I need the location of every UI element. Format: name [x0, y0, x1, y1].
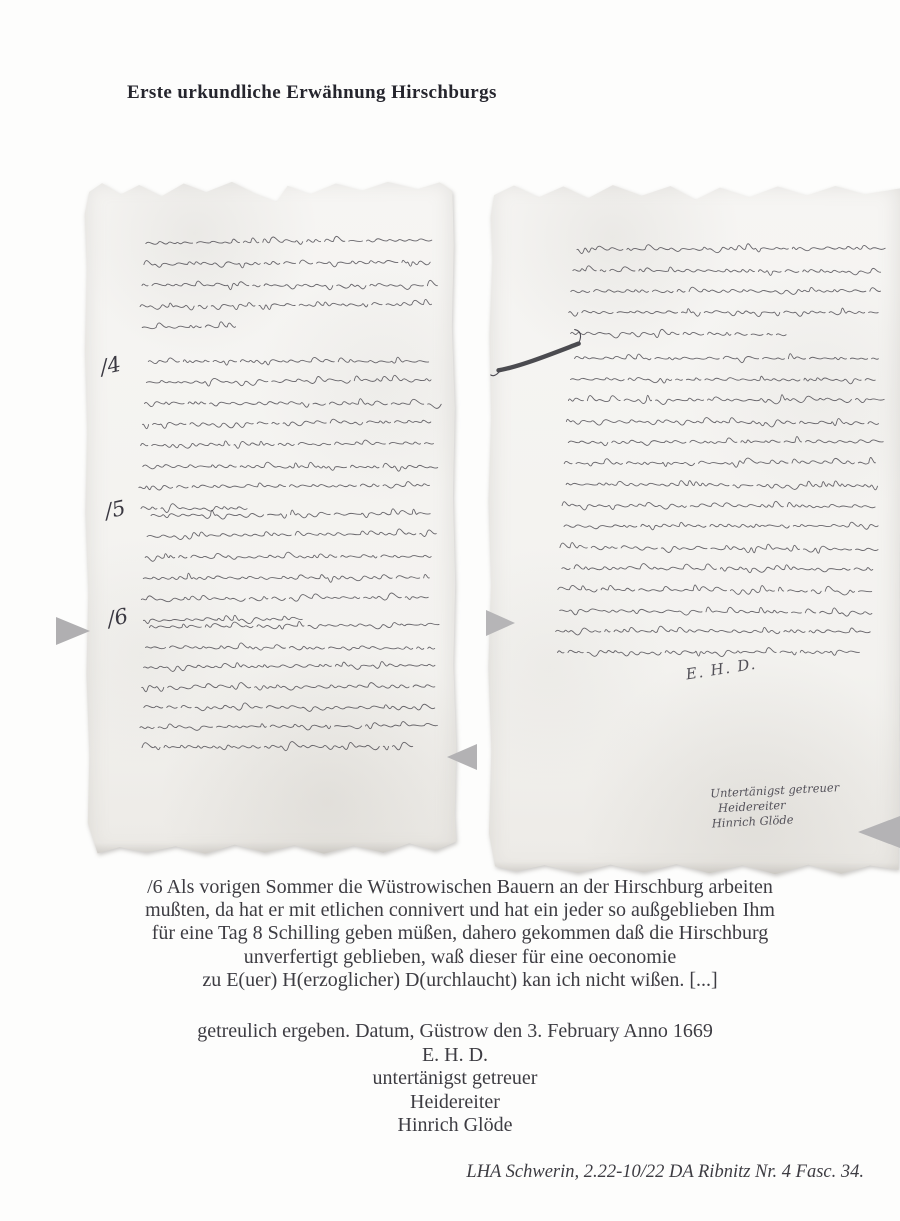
text-line: getreulich ergeben. Datum, Güstrow den 3… — [0, 1020, 900, 1044]
arrow-marker-left-icon — [447, 744, 477, 770]
manuscript-paper-left: /4 /5 /6 — [84, 178, 458, 857]
text-line: /6 Als vorigen Sommer die Wüstrowischen … — [20, 876, 900, 899]
handwritten-signature: Untertänigst getreuer Heidereiter Hinric… — [710, 780, 842, 831]
manuscript-scan-right: E. H. D. Untertänigst getreuer Heidereit… — [488, 182, 900, 876]
arrow-marker-right-icon — [56, 617, 90, 645]
text-line: unverfertigt geblieben, waß dieser für e… — [20, 946, 900, 969]
page-title: Erste urkundliche Erwähnung Hirschburgs — [127, 82, 497, 104]
arrow-marker-left-icon — [858, 816, 900, 848]
text-line: zu E(uer) H(erzoglicher) D(urchlaucht) k… — [20, 969, 900, 992]
manuscript-paper-right: E. H. D. Untertänigst getreuer Heidereit… — [487, 181, 900, 876]
text-line: Heidereiter — [0, 1091, 900, 1115]
text-line: untertänigst getreuer — [0, 1067, 900, 1091]
closing-text: getreulich ergeben. Datum, Güstrow den 3… — [0, 1020, 900, 1138]
manuscript-scan-left: /4 /5 /6 — [85, 179, 456, 856]
text-line: Hinrich Glöde — [0, 1114, 900, 1138]
text-line: für eine Tag 8 Schilling geben müßen, da… — [20, 922, 900, 945]
text-line: E. H. D. — [0, 1044, 900, 1068]
scanned-book-page: Erste urkundliche Erwähnung Hirschburgs … — [0, 0, 900, 1221]
arrow-marker-right-icon — [486, 610, 515, 636]
handwriting-right — [487, 181, 900, 876]
correction-mark — [489, 329, 581, 376]
archive-citation: LHA Schwerin, 2.22-10/22 DA Ribnitz Nr. … — [466, 1162, 864, 1183]
text-line: mußten, da hat er mit etlichen connivert… — [20, 899, 900, 922]
handwriting-left — [84, 178, 458, 857]
transcription-text: /6 Als vorigen Sommer die Wüstrowischen … — [20, 876, 900, 992]
